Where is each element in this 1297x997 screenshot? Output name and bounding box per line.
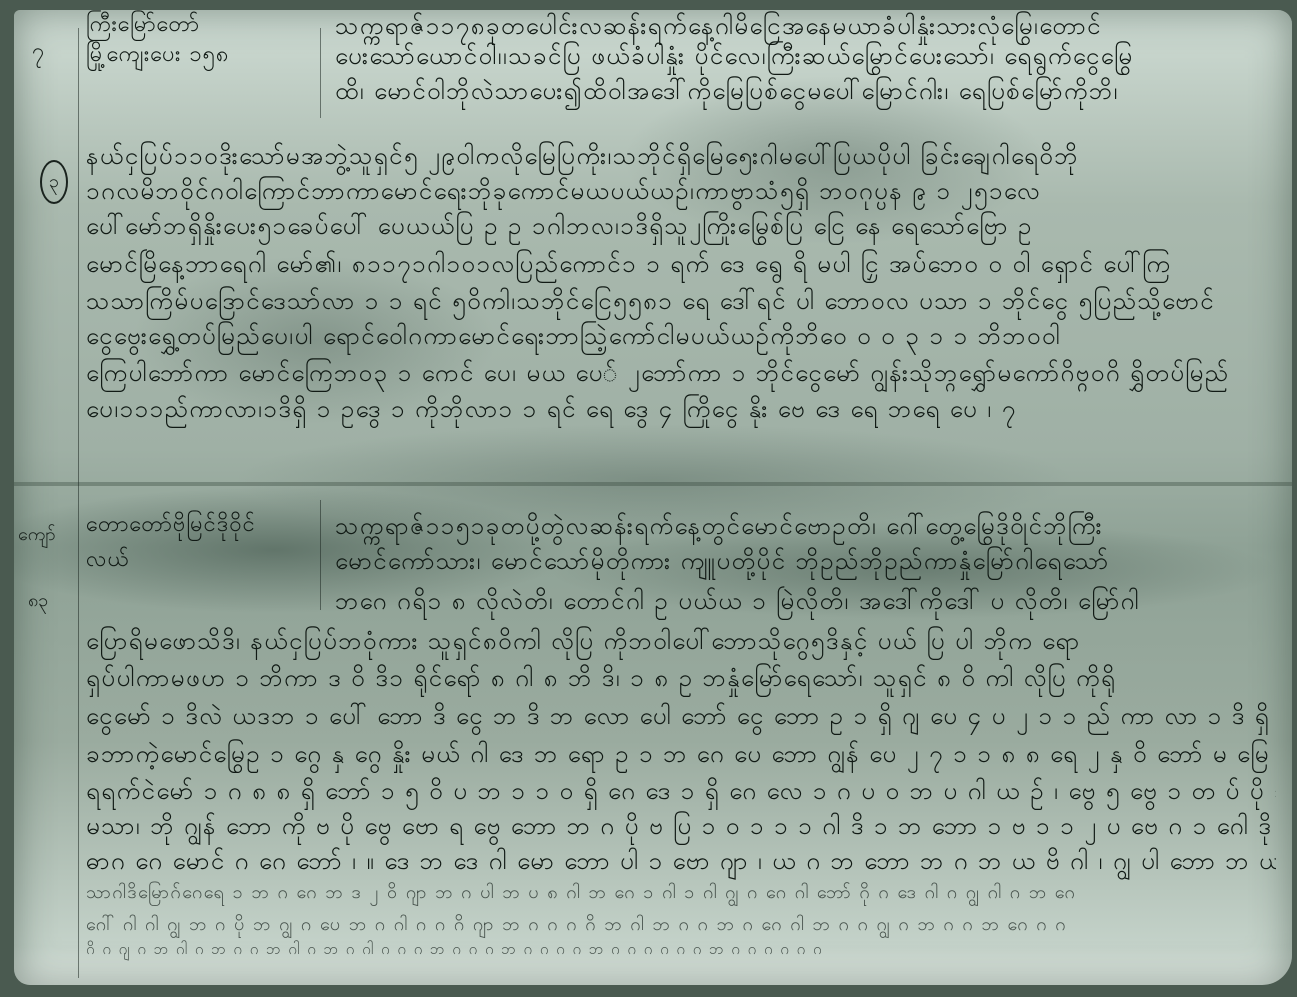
section1-line: မောင်မြိနေ့ဘာရေဂါ မော်၏၊ ၈၁၁၇၁ဂါ၁ဝ၁လပြည်… — [86, 248, 1276, 284]
section2-line: မသာ၊ ဘို ဂျွန် ဘော ကို ဗ ပို ဗွေ ဗော ရ ဗ… — [86, 810, 1276, 846]
heading-column-rule-2 — [320, 500, 321, 610]
section1-heading-line2: မြို့ကျေးပေး ၁၅၈ — [86, 40, 230, 70]
section2-line: သာဂါဒိမြောဂ်ဂေရေ ၁ ဘ ဂ ဂေ ဘ ဒ ၂ ဝိ ဂျာ ဘ… — [86, 880, 1256, 907]
section2-line: ဂိ ဂ ဂျ ဂ ဘ ဂါ ဂ ဘ ဂ ဂ ဘ ဂါ ဂ ဘ ဂ ဂါ ဂ ဂ… — [86, 940, 1206, 962]
section1-line: ထိ၊ မောင်ဝါဘိုလဲသာပေး၍ထိဝါအဒေါ်ကိုမြေပြစ… — [335, 75, 1275, 111]
heading-column-rule — [320, 28, 321, 118]
section1-heading-line1: ကြီးမြော်တော် — [86, 10, 200, 40]
circled-margin-mark: ၃ — [40, 160, 68, 204]
section2-line: မောင်ကော်သား၊ မောင်သော်မိုတိုကား ကျူပတို… — [335, 545, 1275, 581]
section2-line: ပြောရိမဖောသိဒိ၊ နယ်ငှပြပ်ဘဝုံကား သူရှင်၈… — [86, 625, 1276, 661]
section1-line: ငွေဗွေးရွှေ့တပ်မြည်ပေ၊ပါ ရောင်ဝေါဂကာမောင… — [86, 320, 1276, 356]
section2-line: ရရက်ငဲမော် ၁ ဂ ၈ ၈ ရှိ ဘော် ၁ ၅ ဝိ ပ ဘ ၁… — [86, 775, 1276, 811]
section1-line: ပေ၊၁၁၁ည်ကာလာ၊၁ဒိရှိ ၁ ဥဒွေ ၁ ကိုဘိုလာ၁ ၁… — [86, 393, 1276, 429]
section2-line: ငွေမော် ၁ ဒိလဲ ယဒဘ ၁ ပေါ် ဘော ဒိ ငွေ ဘ ဒ… — [86, 700, 1276, 736]
section1-line: ပေးသော်ယောင်ဝါ၊၊သခင်ပြ ဖယ်ခံပါနှုံး ပိုင… — [335, 40, 1275, 76]
section1-line: သသာကြိမ်ပဒြောင်ဒေသာ်လာ ၁ ၁ ရင် ၅ဝိကါ၊သဘိ… — [86, 285, 1276, 321]
margin-mark-3: ကျော် — [18, 522, 56, 549]
margin-mark-1: ၇ — [32, 36, 44, 69]
section2-line: ဂေါ် ဂါ ဂါ ဂျွ ဘ ဂ ပို ဘ ဂျွ ဂ ပေ ဘ ဂ ဂါ… — [86, 912, 1236, 939]
section2-line: ဓာဂ ဂေ မောင် ဂ ဂေ ဘော် ၊ ။ ဒေ ဘ ဒေ ဂါ မေ… — [86, 845, 1276, 881]
section2-line: ဘဂေ ဂရိ၁ ၈ လိုလဲတိ၊ တောင်ဂါ ဥ ပယ်ယ ၁ မြဲ… — [335, 585, 1275, 621]
section1-line: ၁ဂလမိဘဝိုင်ဂဝါကြောင်ဘာကာမောင်ရေးဘိုခုကော… — [86, 175, 1276, 211]
section1-line: ကြေပါဘော်ကာ မောင်ကြေဘ၀၃ ၁ ဂောင် ပေ၊ မယ ပ… — [86, 357, 1276, 393]
section1-line: နယ်ငှပြပ်၁၁၀ဒိုးသော်မအဘွဲ့သူရှင်၅ ၂၉ဝါကလ… — [86, 140, 1276, 176]
page-fold — [14, 482, 1292, 486]
margin-mark-4: ၈၃ — [28, 588, 48, 615]
section2-heading-line2: လယ် — [86, 545, 130, 575]
section2-line: ခဘာကဲ့မောင်မြွေဥ ၁ ဂွေ နှ ဂွေ နှိုး မယ် … — [86, 738, 1276, 774]
section1-line: ပေါ်မော်ဘရှိနှိုးပေး၅၁ခေပ်ပေါ် ပေယယ်ပြ ဥ… — [86, 210, 1276, 246]
section2-line: သက္ကရာဇ်၁၁၅၁ခုတပို့တွဲလဆန်းရက်နေ့တွင်မော… — [335, 510, 1275, 546]
section2-heading-line1: တောတော်ဗိုမြင်ဒိုဝိုင် — [86, 510, 256, 540]
section2-line: ရှပ်ပါကာမဖပာ ၁ ဘိကာ ဒ ဝိ ဒိ၁ ရိုင်ရော် ၈… — [86, 662, 1276, 698]
margin-rule — [78, 28, 79, 978]
